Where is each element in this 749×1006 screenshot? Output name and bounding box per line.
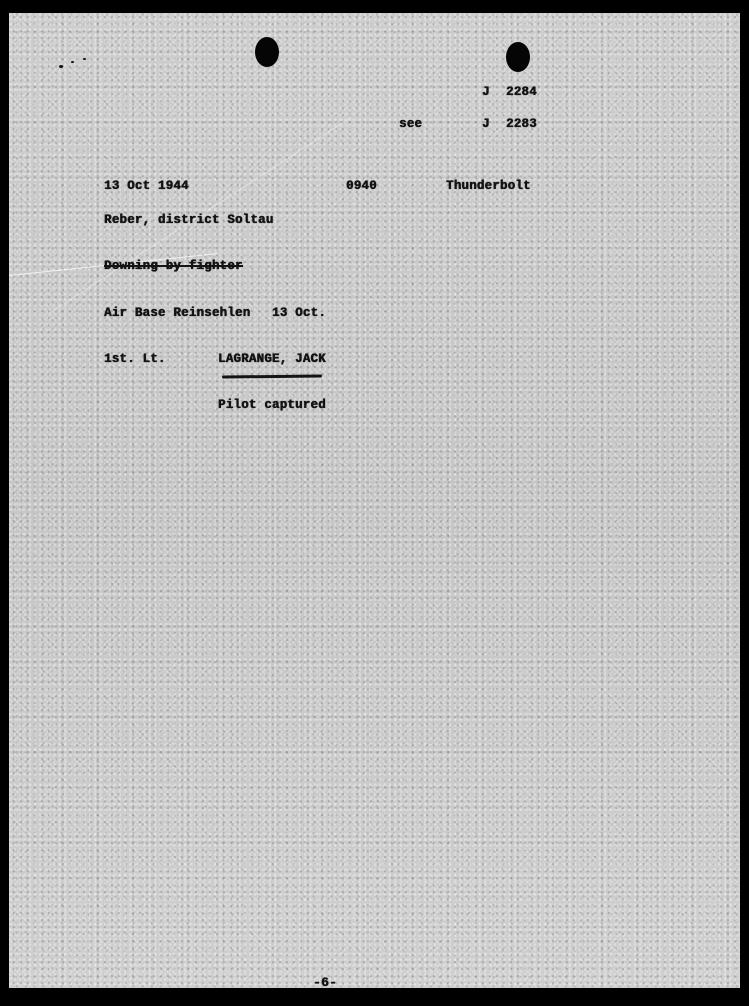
page-number: -6- <box>313 975 337 990</box>
rank: 1st. Lt. <box>104 352 166 366</box>
punch-hole <box>255 37 279 67</box>
pilot-fate: Pilot captured <box>218 398 326 412</box>
see-label: see <box>399 117 422 131</box>
reference-prefix: J <box>482 85 490 99</box>
reference-number: 2284 <box>506 85 537 99</box>
document-page <box>9 13 740 988</box>
aircraft-type: Thunderbolt <box>446 179 531 193</box>
cross-reference-prefix: J <box>482 117 490 131</box>
cross-reference-number: 2283 <box>506 117 537 131</box>
date: 13 Oct 1944 <box>104 179 189 193</box>
time: 0940 <box>346 179 377 193</box>
cause-of-loss: Downing by fighter <box>104 259 243 273</box>
ink-speck <box>71 61 74 63</box>
air-base: Air Base Reinsehlen <box>104 306 250 320</box>
air-base-date: 13 Oct. <box>272 306 326 320</box>
ink-speck <box>83 58 86 60</box>
ink-speck <box>59 65 63 68</box>
punch-hole <box>506 42 530 72</box>
crash-location: Reber, district Soltau <box>104 213 273 227</box>
pilot-name: LAGRANGE, JACK <box>218 352 326 366</box>
